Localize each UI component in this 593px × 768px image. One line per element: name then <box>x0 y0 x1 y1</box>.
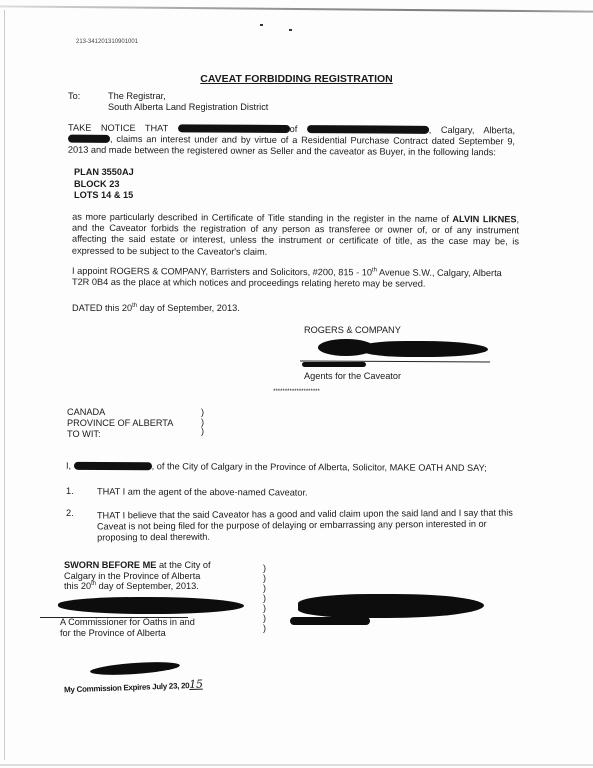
jurisdiction-brackets: ) ) ) <box>201 408 204 437</box>
redacted-address <box>307 125 429 134</box>
redacted-signature <box>362 341 488 357</box>
dated-suffix: day of September, 2013. <box>137 303 240 313</box>
jurisdiction-to-wit: TO WIT: <box>67 429 173 440</box>
addressee-line: South Alberta Land Registration District <box>108 102 268 113</box>
redacted-caveator-name <box>178 124 290 133</box>
addressee: The Registrar, South Alberta Land Regist… <box>108 91 268 113</box>
redacted-deponent-name <box>74 462 152 470</box>
bracket: ) <box>201 427 204 437</box>
description-paragraph: as more particularly described in Certif… <box>72 212 519 260</box>
sworn-line: at the City of <box>156 560 210 570</box>
notice-of: of <box>290 124 298 134</box>
sworn-line: Calgary in the Province of Alberta <box>64 571 211 582</box>
oath-statement: I, , of the City of Calgary in the Provi… <box>66 461 536 475</box>
bracket: ) <box>263 613 266 623</box>
redacted-signer-name <box>302 362 366 367</box>
redacted-commissioner-signature <box>58 597 244 614</box>
jurat: SWORN BEFORE ME at the City of Calgary i… <box>64 560 211 592</box>
handwritten-year: 15 <box>189 678 203 691</box>
agents-label: Agents for the Caveator <box>304 371 401 382</box>
item-number: 1. <box>66 486 74 497</box>
sworn-line: day of September, 2013. <box>96 581 199 591</box>
notice-suffix: , claims an interest under and by virtue… <box>68 134 515 158</box>
jurisdiction-province: PROVINCE OF ALBERTA <box>67 418 173 429</box>
bracket: ) <box>263 583 266 593</box>
description-prefix: as more particularly described in Certif… <box>72 212 452 224</box>
separator: ******************** <box>0 389 593 395</box>
addressee-line: The Registrar, <box>108 91 268 102</box>
redacted-deponent-signature <box>298 594 484 618</box>
sworn-line: this 20 <box>64 581 91 591</box>
to-label: To: <box>68 91 80 102</box>
commissioner-title: A Commissioner for Oaths in and for the … <box>60 617 195 638</box>
scan-edge-bottom <box>0 764 593 766</box>
scan-speck <box>289 29 292 31</box>
oath-suffix: , of the City of Calgary in the Province… <box>152 461 487 473</box>
bracket: ) <box>263 623 266 633</box>
jurisdiction-country: CANADA <box>67 407 173 418</box>
commissioner-line: for the Province of Alberta <box>60 628 195 639</box>
scan-edge-top <box>0 5 593 12</box>
scan-speck <box>260 24 263 26</box>
bracket: ) <box>263 563 266 573</box>
registered-owner: ALVIN LIKNES <box>452 214 516 224</box>
bracket: ) <box>263 603 266 613</box>
notice-paragraph: TAKE NOTICE THAT of , Calgary, Alberta,,… <box>68 123 515 159</box>
redacted-deponent-signature <box>290 617 370 625</box>
jurat-brackets: ) ) ) ) ) ) ) <box>263 563 266 633</box>
sworn-heading: SWORN BEFORE ME <box>64 560 156 570</box>
dated-line: DATED this 20th day of September, 2013. <box>72 303 240 314</box>
bracket: ) <box>263 573 266 583</box>
land-lots: LOTS 14 & 15 <box>74 190 134 202</box>
appointment-paragraph: I appoint ROGERS & COMPANY, Barristers a… <box>72 266 519 291</box>
appointment-prefix: I appoint ROGERS & COMPANY, Barristers a… <box>72 266 372 278</box>
item-text: THAT I believe that the said Caveator ha… <box>97 507 527 544</box>
jurisdiction-block: CANADA PROVINCE OF ALBERTA TO WIT: <box>67 407 173 440</box>
redacted-postal-code <box>68 135 110 143</box>
expiry-text: My Commission Expires July 23, 20 <box>64 681 190 694</box>
scan-edge-left <box>4 10 5 760</box>
oath-prefix: I, <box>66 461 71 471</box>
commission-expiry: My Commission Expires July 23, 2015 <box>64 678 203 696</box>
item-number: 2. <box>66 508 74 519</box>
land-block: BLOCK 23 <box>74 179 134 191</box>
notice-city: , Calgary, Alberta, <box>429 125 515 136</box>
legal-land-description: PLAN 3550AJ BLOCK 23 LOTS 14 & 15 <box>74 167 134 202</box>
document-title: CAVEAT FORBIDDING REGISTRATION <box>0 73 593 85</box>
dated-prefix: DATED this 20 <box>72 303 132 313</box>
document-number: 213-341201310901001 <box>76 39 138 45</box>
notice-prefix: TAKE NOTICE THAT <box>68 123 168 134</box>
redacted-commissioner-stamp <box>90 660 181 677</box>
item-text: THAT I am the agent of the above-named C… <box>97 486 308 498</box>
land-plan: PLAN 3550AJ <box>74 167 134 179</box>
firm-name: ROGERS & COMPANY <box>304 325 401 336</box>
commissioner-line: A Commissioner for Oaths in and <box>60 617 195 628</box>
bracket: ) <box>263 593 266 603</box>
